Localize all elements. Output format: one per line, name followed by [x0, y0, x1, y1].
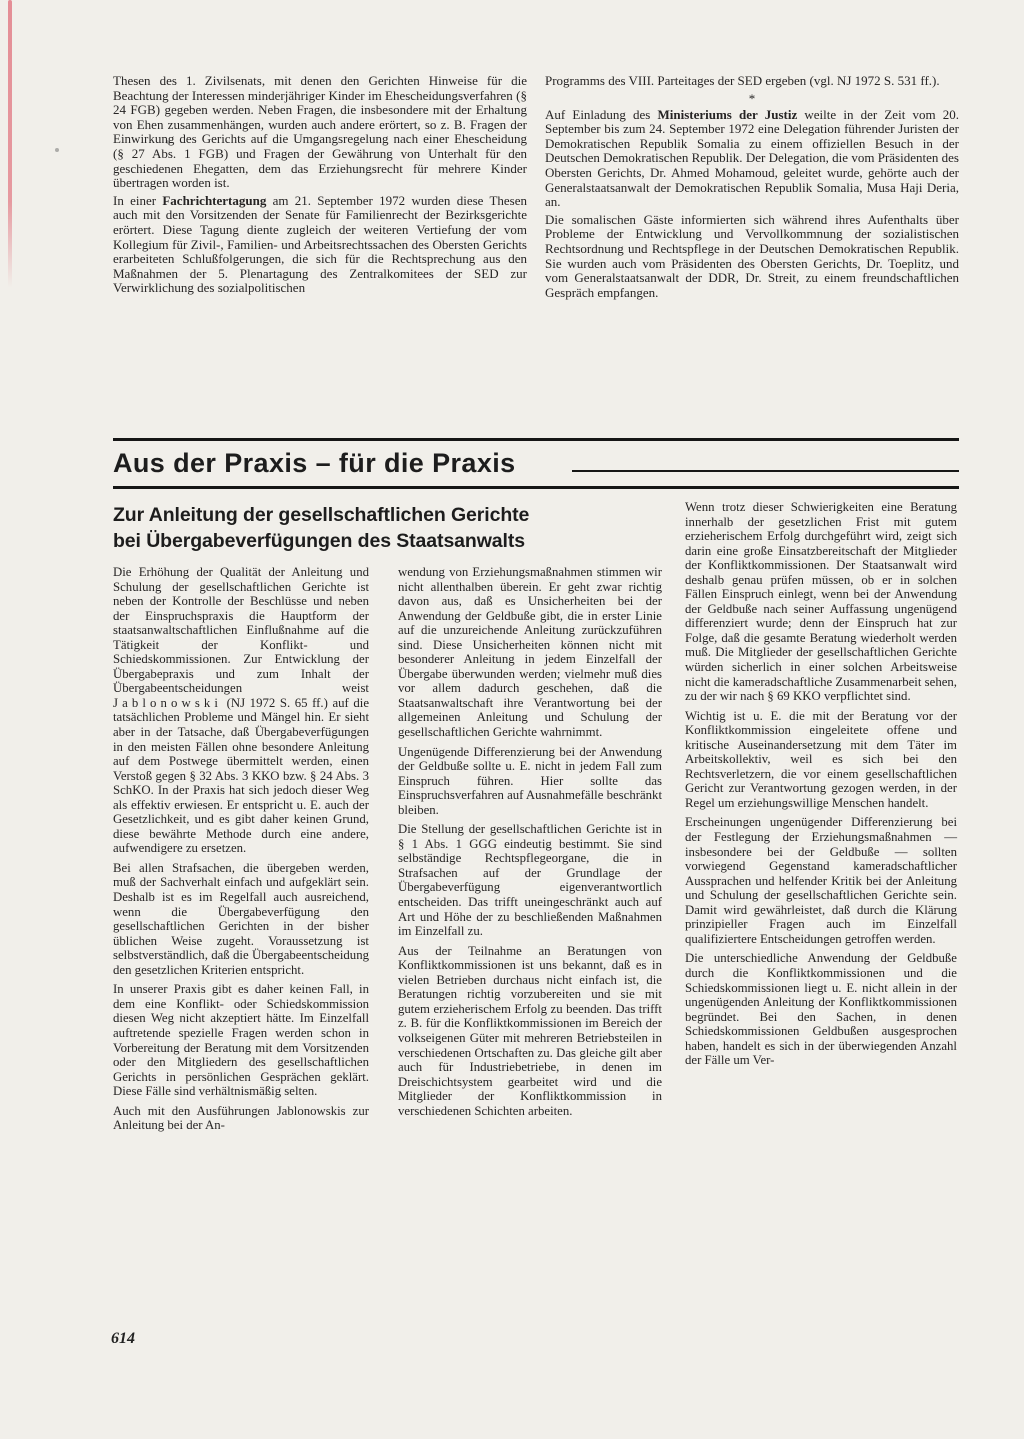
spaced-author-name: Jablonowski	[113, 696, 222, 710]
journal-scan-page: Thesen des 1. Zivilsenats, mit denen den…	[0, 0, 1024, 1439]
paragraph: Bei allen Strafsachen, die übergeben wer…	[113, 861, 369, 977]
section-rule-bottom	[113, 486, 959, 489]
intro-left-column: Thesen des 1. Zivilsenats, mit denen den…	[113, 74, 527, 303]
article-column-2: wendung von Erziehungsmaßnahmen stimmen …	[398, 565, 662, 1138]
paragraph: Die unterschiedliche Anwendung der Geldb…	[685, 951, 957, 1067]
paragraph: Die Erhöhung der Qualität der Anleitung …	[113, 565, 369, 856]
paragraph-text: am 21. September 1972 wurden diese These…	[113, 193, 527, 296]
intro-paragraph: Auf Einladung des Ministeriums der Justi…	[545, 108, 959, 210]
intro-paragraph: Die somalischen Gäste informierten sich …	[545, 213, 959, 301]
scan-speck	[55, 148, 59, 152]
intro-paragraph: In einer Fachrichtertagung am 21. Septem…	[113, 194, 527, 296]
article-column-3: Wenn trotz dieser Schwierigkeiten eine B…	[685, 500, 957, 1073]
paragraph-text: In einer	[113, 193, 162, 208]
article-title: Zur Anleitung der gesellschaftlichen Ger…	[113, 502, 673, 554]
bold-term: Ministeriums der Justiz	[657, 107, 797, 122]
paragraph-text: Auf Einladung des	[545, 107, 657, 122]
section-title: Aus der Praxis – für die Praxis	[113, 447, 516, 479]
paragraph: Erscheinungen ungenügender Differenzieru…	[685, 815, 957, 946]
bold-term: Fachrichtertagung	[162, 193, 266, 208]
section-rule-right	[572, 470, 959, 472]
intro-right-column: Programms des VIII. Parteitages der SED …	[545, 74, 959, 303]
paragraph: Wichtig ist u. E. die mit der Beratung v…	[685, 709, 957, 811]
paragraph: In unserer Praxis gibt es daher keinen F…	[113, 982, 369, 1098]
intro-paragraph: Programms des VIII. Parteitages der SED …	[545, 74, 959, 89]
article-body: Die Erhöhung der Qualität der Anleitung …	[113, 565, 662, 1138]
article-title-line1: Zur Anleitung der gesellschaftlichen Ger…	[113, 502, 673, 528]
paragraph: Die Stellung der gesellschaftlichen Geri…	[398, 822, 662, 938]
article-title-line2: bei Übergabeverfügungen des Staatsanwalt…	[113, 528, 673, 554]
page-number: 614	[111, 1330, 135, 1348]
paragraph-text: weilte in der Zeit vom 20. September bis…	[545, 107, 959, 210]
article-column-1: Die Erhöhung der Qualität der Anleitung …	[113, 565, 369, 1138]
asterisk-separator: *	[545, 92, 959, 105]
paragraph: wendung von Erziehungsmaßnahmen stimmen …	[398, 565, 662, 740]
paragraph: Aus der Teilnahme an Beratungen von Konf…	[398, 944, 662, 1119]
paragraph: Wenn trotz dieser Schwierigkeiten eine B…	[685, 500, 957, 704]
scan-artifact-pink-line	[8, 0, 12, 288]
paragraph: Ungenügende Differenzierung bei der Anwe…	[398, 745, 662, 818]
intro-paragraph: Thesen des 1. Zivilsenats, mit denen den…	[113, 74, 527, 191]
section-rule-top	[113, 438, 959, 441]
intro-section: Thesen des 1. Zivilsenats, mit denen den…	[113, 74, 959, 303]
paragraph-text: (NJ 1972 S. 65 ff.) auf die tatsächliche…	[113, 696, 369, 855]
paragraph-text: Die Erhöhung der Qualität der Anleitung …	[113, 565, 369, 695]
paragraph: Auch mit den Ausführungen Jablonowskis z…	[113, 1104, 369, 1133]
